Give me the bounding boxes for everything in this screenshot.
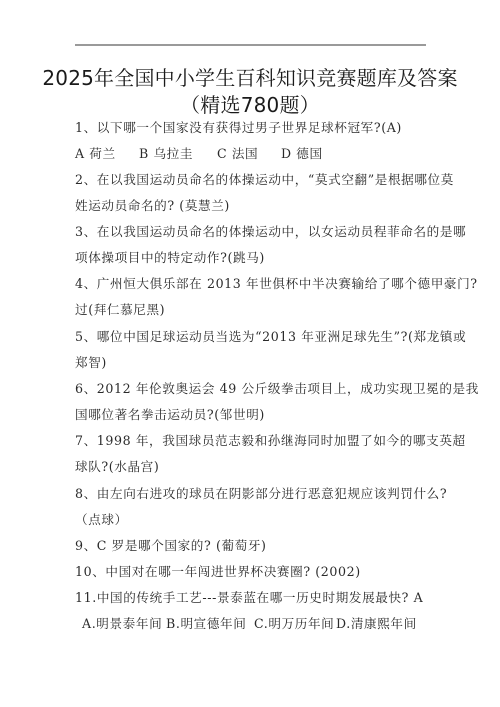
question-3-line-1: 3、在以我国运动员命名的体操运动中，以女运动员程菲命名的是哪 — [75, 224, 435, 240]
question-1-options: A 荷兰 B 乌拉圭 C 法国 D 德国 — [75, 146, 435, 162]
header-rule — [75, 44, 426, 46]
question-2-line-2: 姓运动员命名的? (莫慧兰) — [75, 198, 435, 214]
option-b: B.明宣德年间 — [166, 616, 254, 632]
option-d: D 德国 — [281, 146, 323, 162]
question-6-line-2: 国哪位著名拳击运动员?(邹世明) — [75, 407, 435, 423]
question-5-line-2: 郑智) — [75, 355, 435, 371]
question-9-line-1: 9、C 罗是哪个国家的? (葡萄牙) — [75, 538, 435, 554]
question-10-line-1: 10、中国对在哪一年闯进世界杯决赛圈? (2002) — [75, 564, 435, 580]
option-a: A.明景泰年间 — [82, 616, 166, 632]
question-11-options: A.明景泰年间 B.明宣德年间 C.明万历年间 D.清康熙年间 — [82, 616, 442, 632]
question-11-line-1: 11.中国的传统手工艺---景泰蓝在哪一历史时期发展最快? A — [75, 590, 435, 606]
question-1-line-1: 1、以下哪一个国家没有获得过男子世界足球杯冠军?(A) — [75, 120, 435, 136]
question-3-line-2: 项体操项目中的特定动作?(跳马) — [75, 250, 435, 266]
question-7-line-2: 球队?(水晶宫) — [75, 459, 435, 475]
question-4-line-2: 过(拜仁慕尼黑) — [75, 302, 435, 318]
option-c: C 法国 — [217, 146, 281, 162]
option-b: B 乌拉圭 — [139, 146, 217, 162]
question-8-line-1: 8、由左向右进攻的球员在阴影部分进行恶意犯规应该判罚什么? — [75, 486, 435, 502]
document-subtitle: （精选780题） — [0, 89, 500, 118]
question-5-line-1: 5、哪位中国足球运动员当选为“2013 年亚洲足球先生”?(郑龙镇或 — [75, 329, 435, 345]
question-4-line-1: 4、广州恒大俱乐部在 2013 年世俱杯中半决赛输给了哪个德甲豪门? — [75, 276, 435, 292]
option-c: C.明万历年间 — [254, 616, 336, 632]
option-d: D.清康熙年间 — [336, 616, 417, 632]
question-6-line-1: 6、2012 年伦敦奥运会 49 公斤级拳击项目上，成功实现卫冕的是我 — [75, 381, 435, 397]
question-2-line-1: 2、在以我国运动员命名的体操运动中，“莫式空翻”是根据哪位莫 — [75, 172, 435, 188]
document-title: 2025年全国中小学生百科知识竞赛题库及答案 — [0, 62, 500, 91]
question-7-line-1: 7、1998 年，我国球员范志毅和孙继海同时加盟了如今的哪支英超 — [75, 433, 435, 449]
question-8-line-2: （点球） — [75, 512, 435, 528]
option-a: A 荷兰 — [75, 146, 139, 162]
